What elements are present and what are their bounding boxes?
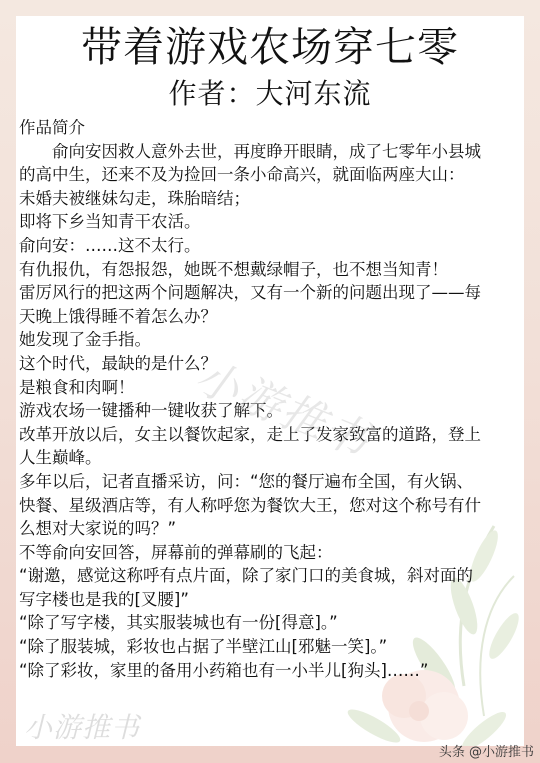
- intro-line: 的高中生，还来不及为捡回一条小命高兴，就面临两座大山：: [19, 163, 521, 187]
- intro-line: 她发现了金手指。: [19, 328, 521, 352]
- intro-line: 游戏农场一键播种一键收获了解下。: [19, 399, 521, 423]
- intro-line: “除了彩妆，家里的备用小药箱也有一小半儿[狗头]……”: [19, 659, 521, 683]
- intro-line: 即将下乡当知青干农活。: [19, 210, 521, 234]
- intro-line: 有仇报仇，有怨报怨，她既不想戴绿帽子，也不想当知青！: [19, 258, 521, 282]
- intro-line: 快餐、星级酒店等，有人称呼您为餐饮大王，您对这个称号有什: [19, 494, 521, 518]
- intro-line: 多年以后，记者直播采访，问：“您的餐厅遍布全国，有火锅、: [19, 470, 521, 494]
- intro-line: “除了服装城，彩妆也占据了半壁江山[邪魅一笑]。”: [19, 635, 521, 659]
- intro-line: 未婚夫被继妹勾走，珠胎暗结；: [19, 187, 521, 211]
- intro-line: 么想对大家说的吗？”: [19, 517, 521, 541]
- intro-line: “谢邀，感觉这称呼有点片面，除了家门口的美食城，斜对面的: [19, 564, 521, 588]
- intro-line: 雷厉风行的把这两个问题解决，又有一个新的问题出现了——每: [19, 281, 521, 305]
- intro-line: 不等俞向安回答，屏幕前的弹幕刷的飞起：: [19, 541, 521, 565]
- source-attribution: 头条 @小游推书: [439, 743, 534, 763]
- watermark-bottom: 小游推书: [24, 706, 140, 746]
- book-title: 带着游戏农场穿七零: [16, 22, 524, 72]
- intro-line: 俞向安因救人意外去世，再度睁开眼睛，成了七零年小县城: [19, 140, 521, 164]
- intro-line: “除了写字楼，其实服装城也有一份[得意]。”: [19, 611, 521, 635]
- intro-line: 天晚上饿得睡不着怎么办？: [19, 305, 521, 329]
- intro-line: 俞向安：……这不太行。: [19, 234, 521, 258]
- intro-line: 改革开放以后，女主以餐饮起家，走上了发家致富的道路，登上: [19, 423, 521, 447]
- intro-body: 作品简介 俞向安因救人意外去世，再度睁开眼睛，成了七零年小县城 的高中生，还来不…: [19, 116, 521, 682]
- intro-line: 写字楼也是我的[叉腰]”: [19, 588, 521, 612]
- intro-line: 人生巅峰。: [19, 446, 521, 470]
- intro-label: 作品简介: [19, 116, 521, 140]
- intro-line: 是粮食和肉啊！: [19, 376, 521, 400]
- book-intro-card: 带着游戏农场穿七零 作者：大河东流 作品简介 俞向安因救人意外去世，再度睁开眼睛…: [16, 16, 524, 746]
- book-author: 作者：大河东流: [16, 76, 524, 112]
- intro-line: 这个时代，最缺的是什么？: [19, 352, 521, 376]
